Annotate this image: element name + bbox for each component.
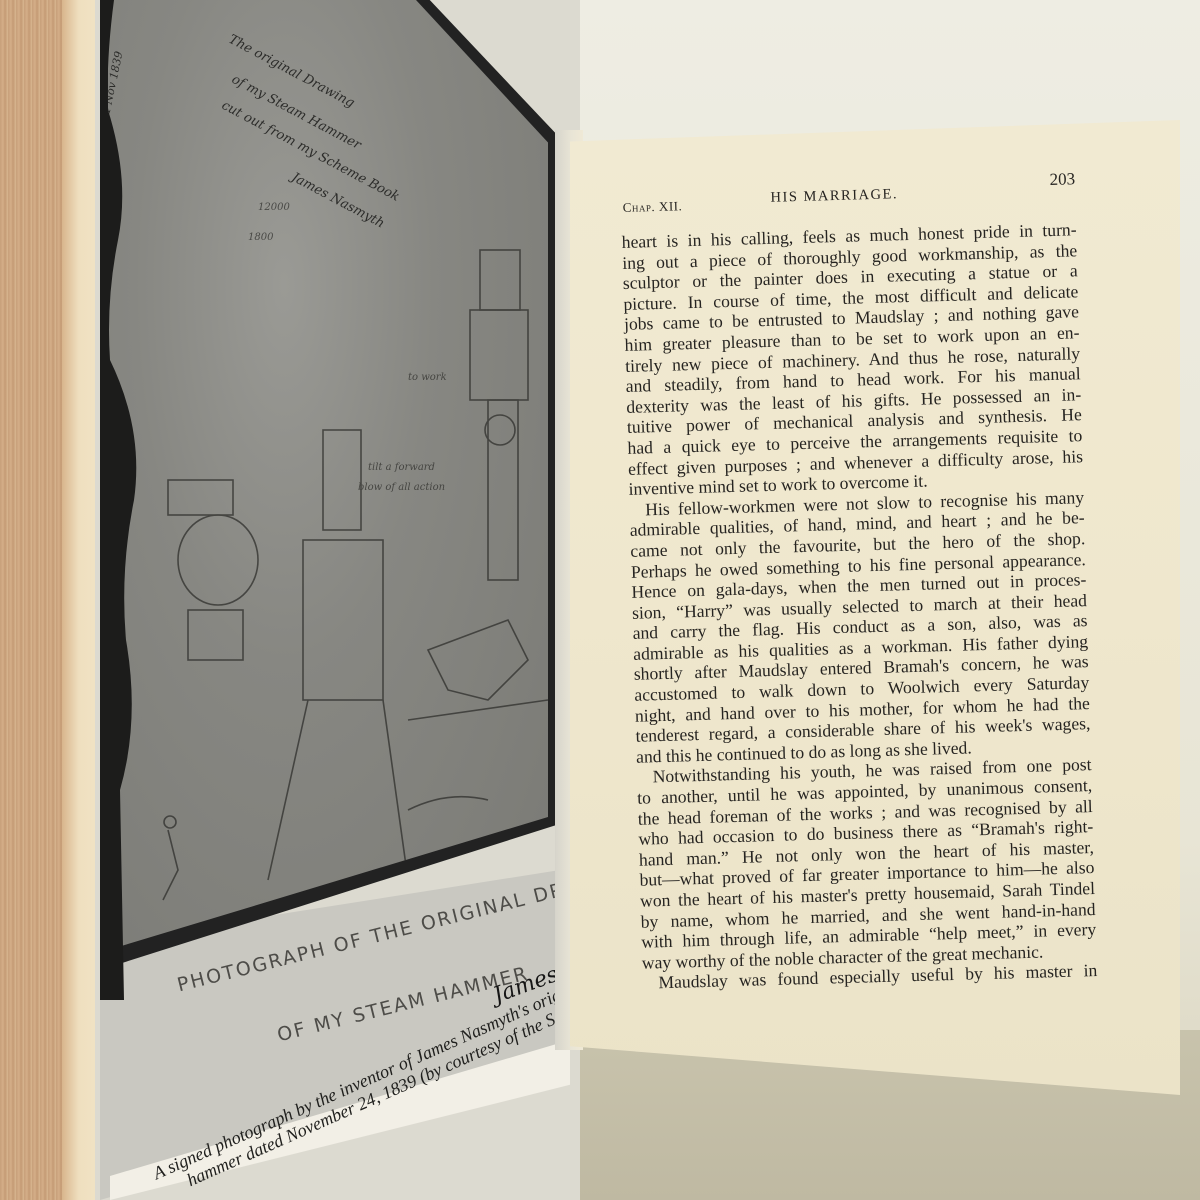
svg-text:tilt a forward: tilt a forward (368, 462, 435, 473)
right-page-text-block: Chap. XII. HIS MARRIAGE. 203 heart is in… (620, 167, 1098, 993)
svg-text:12000: 12000 (258, 202, 290, 213)
book-fore-edge (0, 0, 70, 1200)
running-head-title: HIS MARRIAGE. (770, 186, 898, 207)
chapter-label: Chap. XII. (623, 198, 683, 216)
plate-dark-border-icon (100, 0, 140, 1000)
steam-hammer-drawing: tilt a forward blow of all action to wor… (108, 0, 548, 950)
sketch-lines-icon: tilt a forward blow of all action to wor… (108, 0, 548, 950)
svg-text:to work: to work (408, 372, 447, 383)
body-text: heart is in his calling, feels as much h… (621, 219, 1097, 993)
plate-photograph-frame: tilt a forward blow of all action to wor… (100, 0, 558, 970)
svg-text:1800: 1800 (248, 232, 274, 243)
page-number: 203 (1049, 169, 1075, 190)
svg-text:blow of all action: blow of all action (358, 482, 445, 493)
